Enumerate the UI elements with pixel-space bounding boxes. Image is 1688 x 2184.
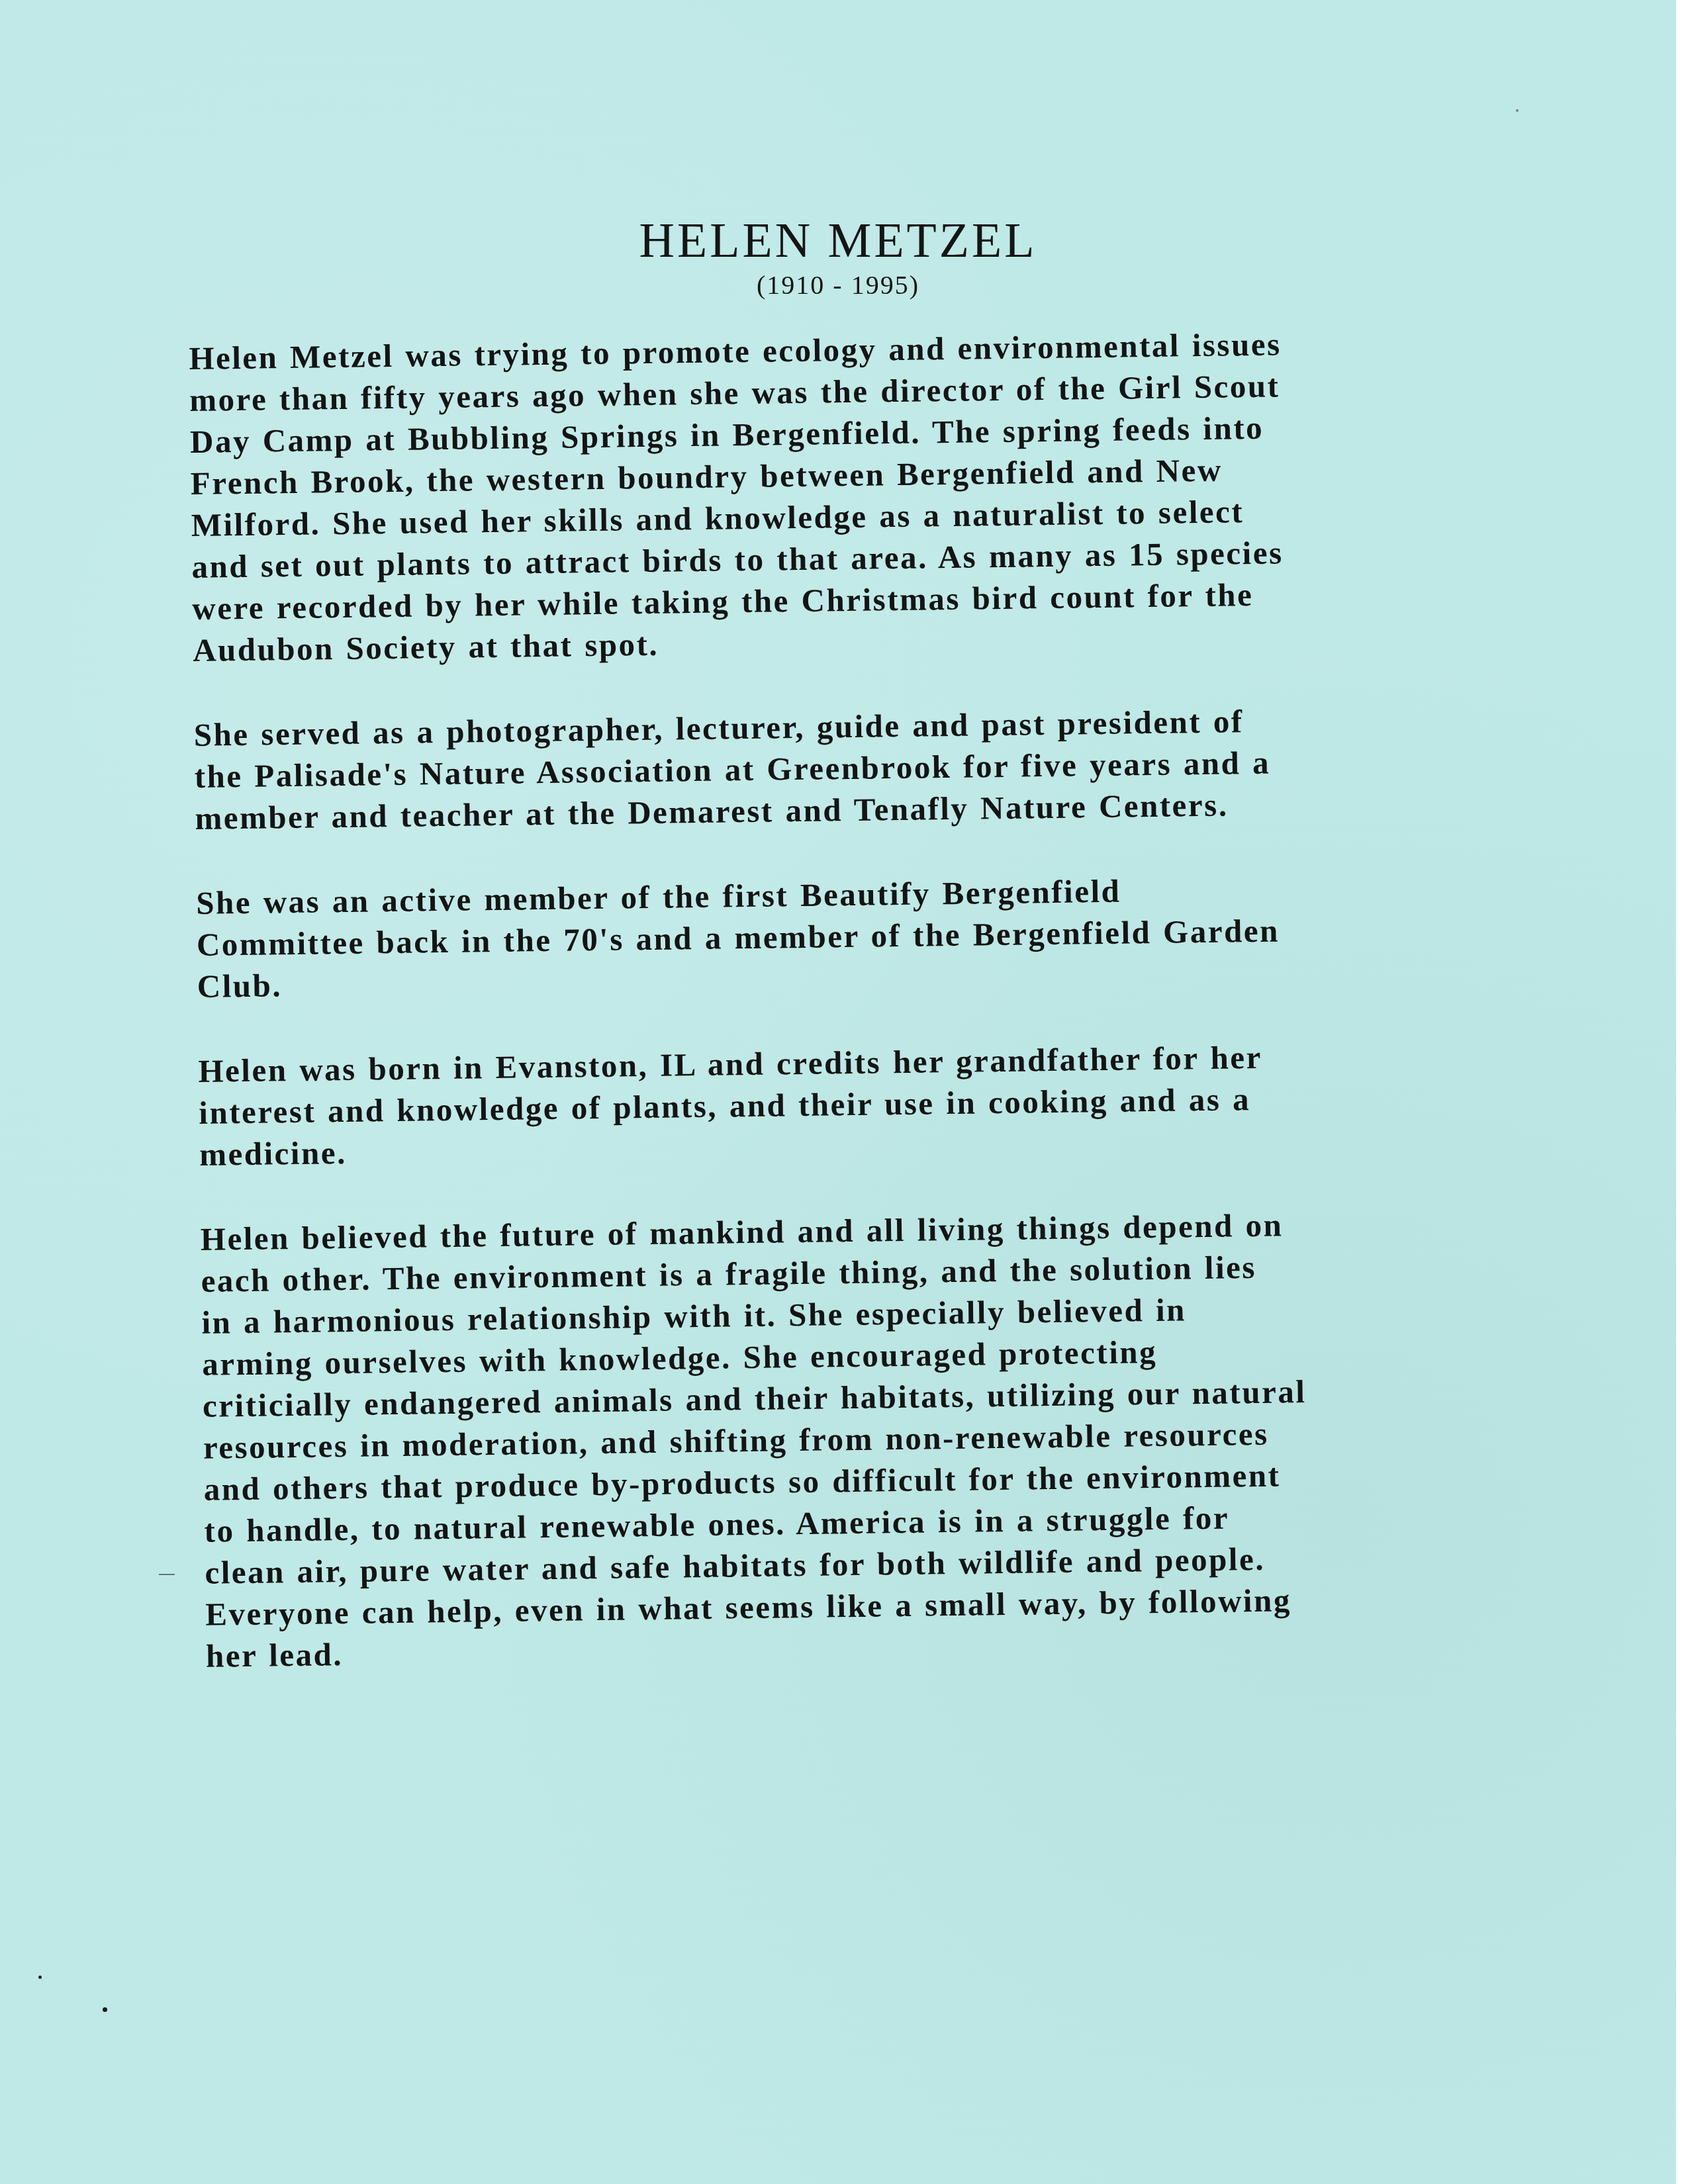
document-title: HELEN METZEL bbox=[0, 213, 1676, 269]
paper-speck bbox=[1516, 109, 1519, 112]
paper-mark bbox=[159, 1574, 175, 1575]
paper-page: HELEN METZEL (1910 - 1995) Helen Metzel … bbox=[0, 0, 1676, 2184]
life-dates: (1910 - 1995) bbox=[0, 269, 1676, 302]
paragraph-beliefs: Helen believed the future of mankind and… bbox=[200, 1201, 1543, 1676]
paper-speck bbox=[103, 2007, 107, 2012]
biography-body: Helen Metzel was trying to promote ecolo… bbox=[189, 320, 1544, 1720]
paragraph-early-life: Helen was born in Evanston, IL and credi… bbox=[198, 1032, 1536, 1175]
title-block: HELEN METZEL (1910 - 1995) bbox=[0, 213, 1676, 302]
paper-speck bbox=[38, 1976, 42, 1979]
paragraph-girl-scout-camp: Helen Metzel was trying to promote ecolo… bbox=[189, 320, 1530, 671]
paragraph-beautify-committee: She was an active member of the first Be… bbox=[196, 864, 1534, 1007]
paragraph-nature-association: She served as a photographer, lecturer, … bbox=[193, 697, 1532, 839]
